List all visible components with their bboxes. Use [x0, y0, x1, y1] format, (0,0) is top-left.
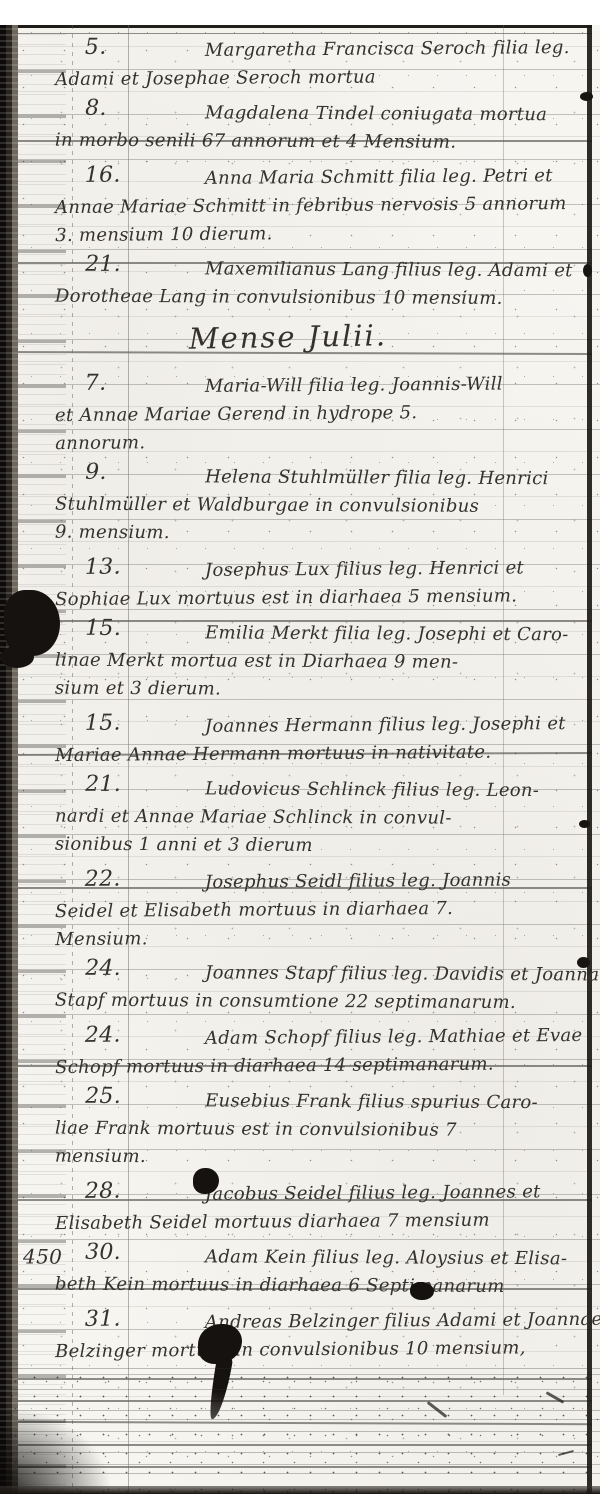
entry-day-number: 21. — [85, 771, 121, 799]
entry-day-number: 28. — [85, 1178, 121, 1206]
entry-line: nardi et Annae Mariae Schlinck in convul… — [55, 803, 585, 834]
edge-smudge — [580, 92, 593, 101]
entry-line: 3. mensium 10 dierum. — [55, 218, 585, 250]
edge-smudge — [579, 820, 590, 828]
entry-line: Schopf mortuus in diarhaea 14 septimanar… — [55, 1050, 585, 1082]
register-entry: 31.Andreas Belzinger filius Adami et Joa… — [55, 1306, 585, 1366]
entry-day-number: 9. — [85, 459, 107, 487]
entry-line: Helena Stuhlmüller filia leg. Henrici — [55, 463, 585, 494]
register-entry: 5.Margaretha Francisca Seroch filia leg.… — [55, 34, 585, 94]
register-entry: 22.Josephus Seidl filius leg. JoannisSei… — [55, 866, 586, 954]
entry-day-number: 16. — [85, 162, 121, 190]
register-entry: 24.Adam Schopf filius leg. Mathiae et Ev… — [55, 1022, 585, 1082]
register-entry: 13.Josephus Lux filius leg. Henrici etSo… — [55, 554, 585, 614]
entry-line: Adami et Josephae Seroch mortua — [55, 62, 585, 94]
register-entry: 16.Anna Maria Schmitt filia leg. Petri e… — [55, 162, 586, 250]
entry-line: Josephus Lux filius leg. Henrici et — [55, 554, 585, 586]
entry-day-number: 22. — [85, 866, 121, 894]
entry-line: Stuhlmüller et Waldburgae in convulsioni… — [55, 491, 585, 522]
register-entry: 45030.Adam Kein filius leg. Aloysius et … — [55, 1243, 585, 1302]
entry-day-number: 15. — [85, 615, 121, 643]
entry-line: Stapf mortuus in consumtione 22 septiman… — [55, 987, 585, 1018]
entry-day-number: 8. — [85, 95, 107, 123]
register-entry: 15.Joannes Hermann filius leg. Josephi e… — [55, 710, 585, 770]
entry-day-number: 21. — [85, 251, 121, 279]
entry-line: Josephus Seidl filius leg. Joannis — [55, 866, 585, 898]
register-entry: 15.Emilia Merkt filia leg. Josephi et Ca… — [55, 619, 585, 706]
entry-line: beth Kein mortuus in diarhaea 6 Septiman… — [55, 1271, 585, 1302]
entry-day-number: 30. — [85, 1239, 121, 1267]
entry-line: in morbo senili 67 annorum et 4 Mensium. — [55, 127, 585, 158]
entry-day-number: 24. — [85, 955, 121, 983]
ink-blot-entry-30 — [410, 1282, 434, 1300]
entry-line: Joannes Stapf filius leg. Davidis et Joa… — [55, 959, 585, 990]
entry-line: Emilia Merkt filia leg. Josephi et Caro- — [55, 619, 585, 650]
page-bottom-edge — [0, 1486, 600, 1494]
edge-smudge — [577, 957, 590, 968]
bottom-left-smudge — [0, 1408, 110, 1494]
entry-day-number: 7. — [85, 370, 107, 398]
entry-line: Eusebius Frank filius spurius Caro- — [55, 1087, 585, 1118]
ink-blot-left-margin-satellite — [0, 646, 34, 668]
entry-line: et Annae Mariae Gerend in hydrope 5. — [55, 398, 585, 430]
entry-day-number: 13. — [85, 554, 121, 582]
entry-day-number: 24. — [85, 1022, 121, 1050]
entry-line: sionibus 1 anni et 3 dierum — [55, 831, 585, 862]
entry-line: Dorotheae Lang in convulsionibus 10 mens… — [55, 283, 585, 314]
entry-line: Maxemilianus Lang filius leg. Adami et — [55, 255, 585, 286]
entry-line: annorum. — [55, 426, 585, 458]
register-page-scan: 5.Margaretha Francisca Seroch filia leg.… — [0, 0, 600, 1494]
entry-line: Maria-Will filia leg. Joannis-Will — [55, 370, 585, 402]
register-entry: 7.Maria-Will filia leg. Joannis-Willet A… — [55, 370, 586, 458]
entry-line: linae Merkt mortua est in Diarhaea 9 men… — [55, 647, 585, 678]
entry-day-number: 31. — [85, 1306, 121, 1334]
entry-line: Ludovicus Schlinck filius leg. Leon- — [55, 775, 585, 806]
register-entry: 21.Ludovicus Schlinck filius leg. Leon-n… — [55, 775, 585, 862]
entry-day-number: 25. — [85, 1083, 121, 1111]
entry-line: 9. mensium. — [55, 519, 585, 550]
margin-page-number: 450 — [23, 1242, 62, 1270]
entries: 5.Margaretha Francisca Seroch filia leg.… — [55, 36, 585, 1372]
register-entry: 28.Jacobus Seidel filius leg. Joannes et… — [55, 1178, 585, 1238]
binding-edge — [0, 25, 18, 1494]
entry-line: Seidel et Elisabeth mortuus in diarhaea … — [55, 894, 585, 926]
entry-line: Margaretha Francisca Seroch filia leg. — [55, 34, 585, 66]
register-entry: 21.Maxemilianus Lang filius leg. Adami e… — [55, 255, 585, 314]
page-edge-rule-right — [587, 25, 592, 1494]
entry-line: Adam Schopf filius leg. Mathiae et Evae — [55, 1022, 585, 1054]
register-entry: 8.Magdalena Tindel coniugata mortuain mo… — [55, 99, 585, 158]
edge-smudge — [583, 264, 592, 277]
entry-day-number: 15. — [85, 710, 121, 738]
entry-line: Joannes Hermann filius leg. Josephi et — [55, 710, 585, 742]
register-entry: 9.Helena Stuhlmüller filia leg. HenriciS… — [55, 463, 585, 550]
entry-line: liae Frank mortuus est in convulsionibus… — [55, 1115, 585, 1146]
entry-line: Anna Maria Schmitt filia leg. Petri et — [55, 162, 585, 194]
entry-line: Sophiae Lux mortuus est in diarhaea 5 me… — [55, 582, 585, 614]
entry-day-number: 5. — [85, 34, 107, 62]
entry-line: mensium. — [55, 1143, 585, 1174]
register-entry: 25.Eusebius Frank filius spurius Caro-li… — [55, 1087, 585, 1174]
entry-line: Mariae Annae Hermann mortuus in nativita… — [55, 738, 585, 770]
entry-line: Annae Mariae Schmitt in febribus nervosi… — [55, 190, 585, 222]
month-heading: Mense Julii. — [23, 315, 554, 364]
entry-line: Belzinger mortuus in convulsionibus 10 m… — [55, 1334, 585, 1366]
register-entry: 24.Joannes Stapf filius leg. Davidis et … — [55, 959, 585, 1018]
entry-line: Jacobus Seidel filius leg. Joannes et — [55, 1178, 585, 1210]
entry-line: sium et 3 dierum. — [55, 675, 585, 706]
entry-line: Andreas Belzinger filius Adami et Joanna… — [55, 1306, 585, 1338]
entry-line: Adam Kein filius leg. Aloysius et Elisa- — [55, 1243, 585, 1274]
entry-line: Mensium. — [55, 922, 585, 954]
entry-line: Magdalena Tindel coniugata mortua — [55, 99, 585, 130]
entry-line: Elisabeth Seidel mortuus diarhaea 7 mens… — [55, 1206, 585, 1238]
